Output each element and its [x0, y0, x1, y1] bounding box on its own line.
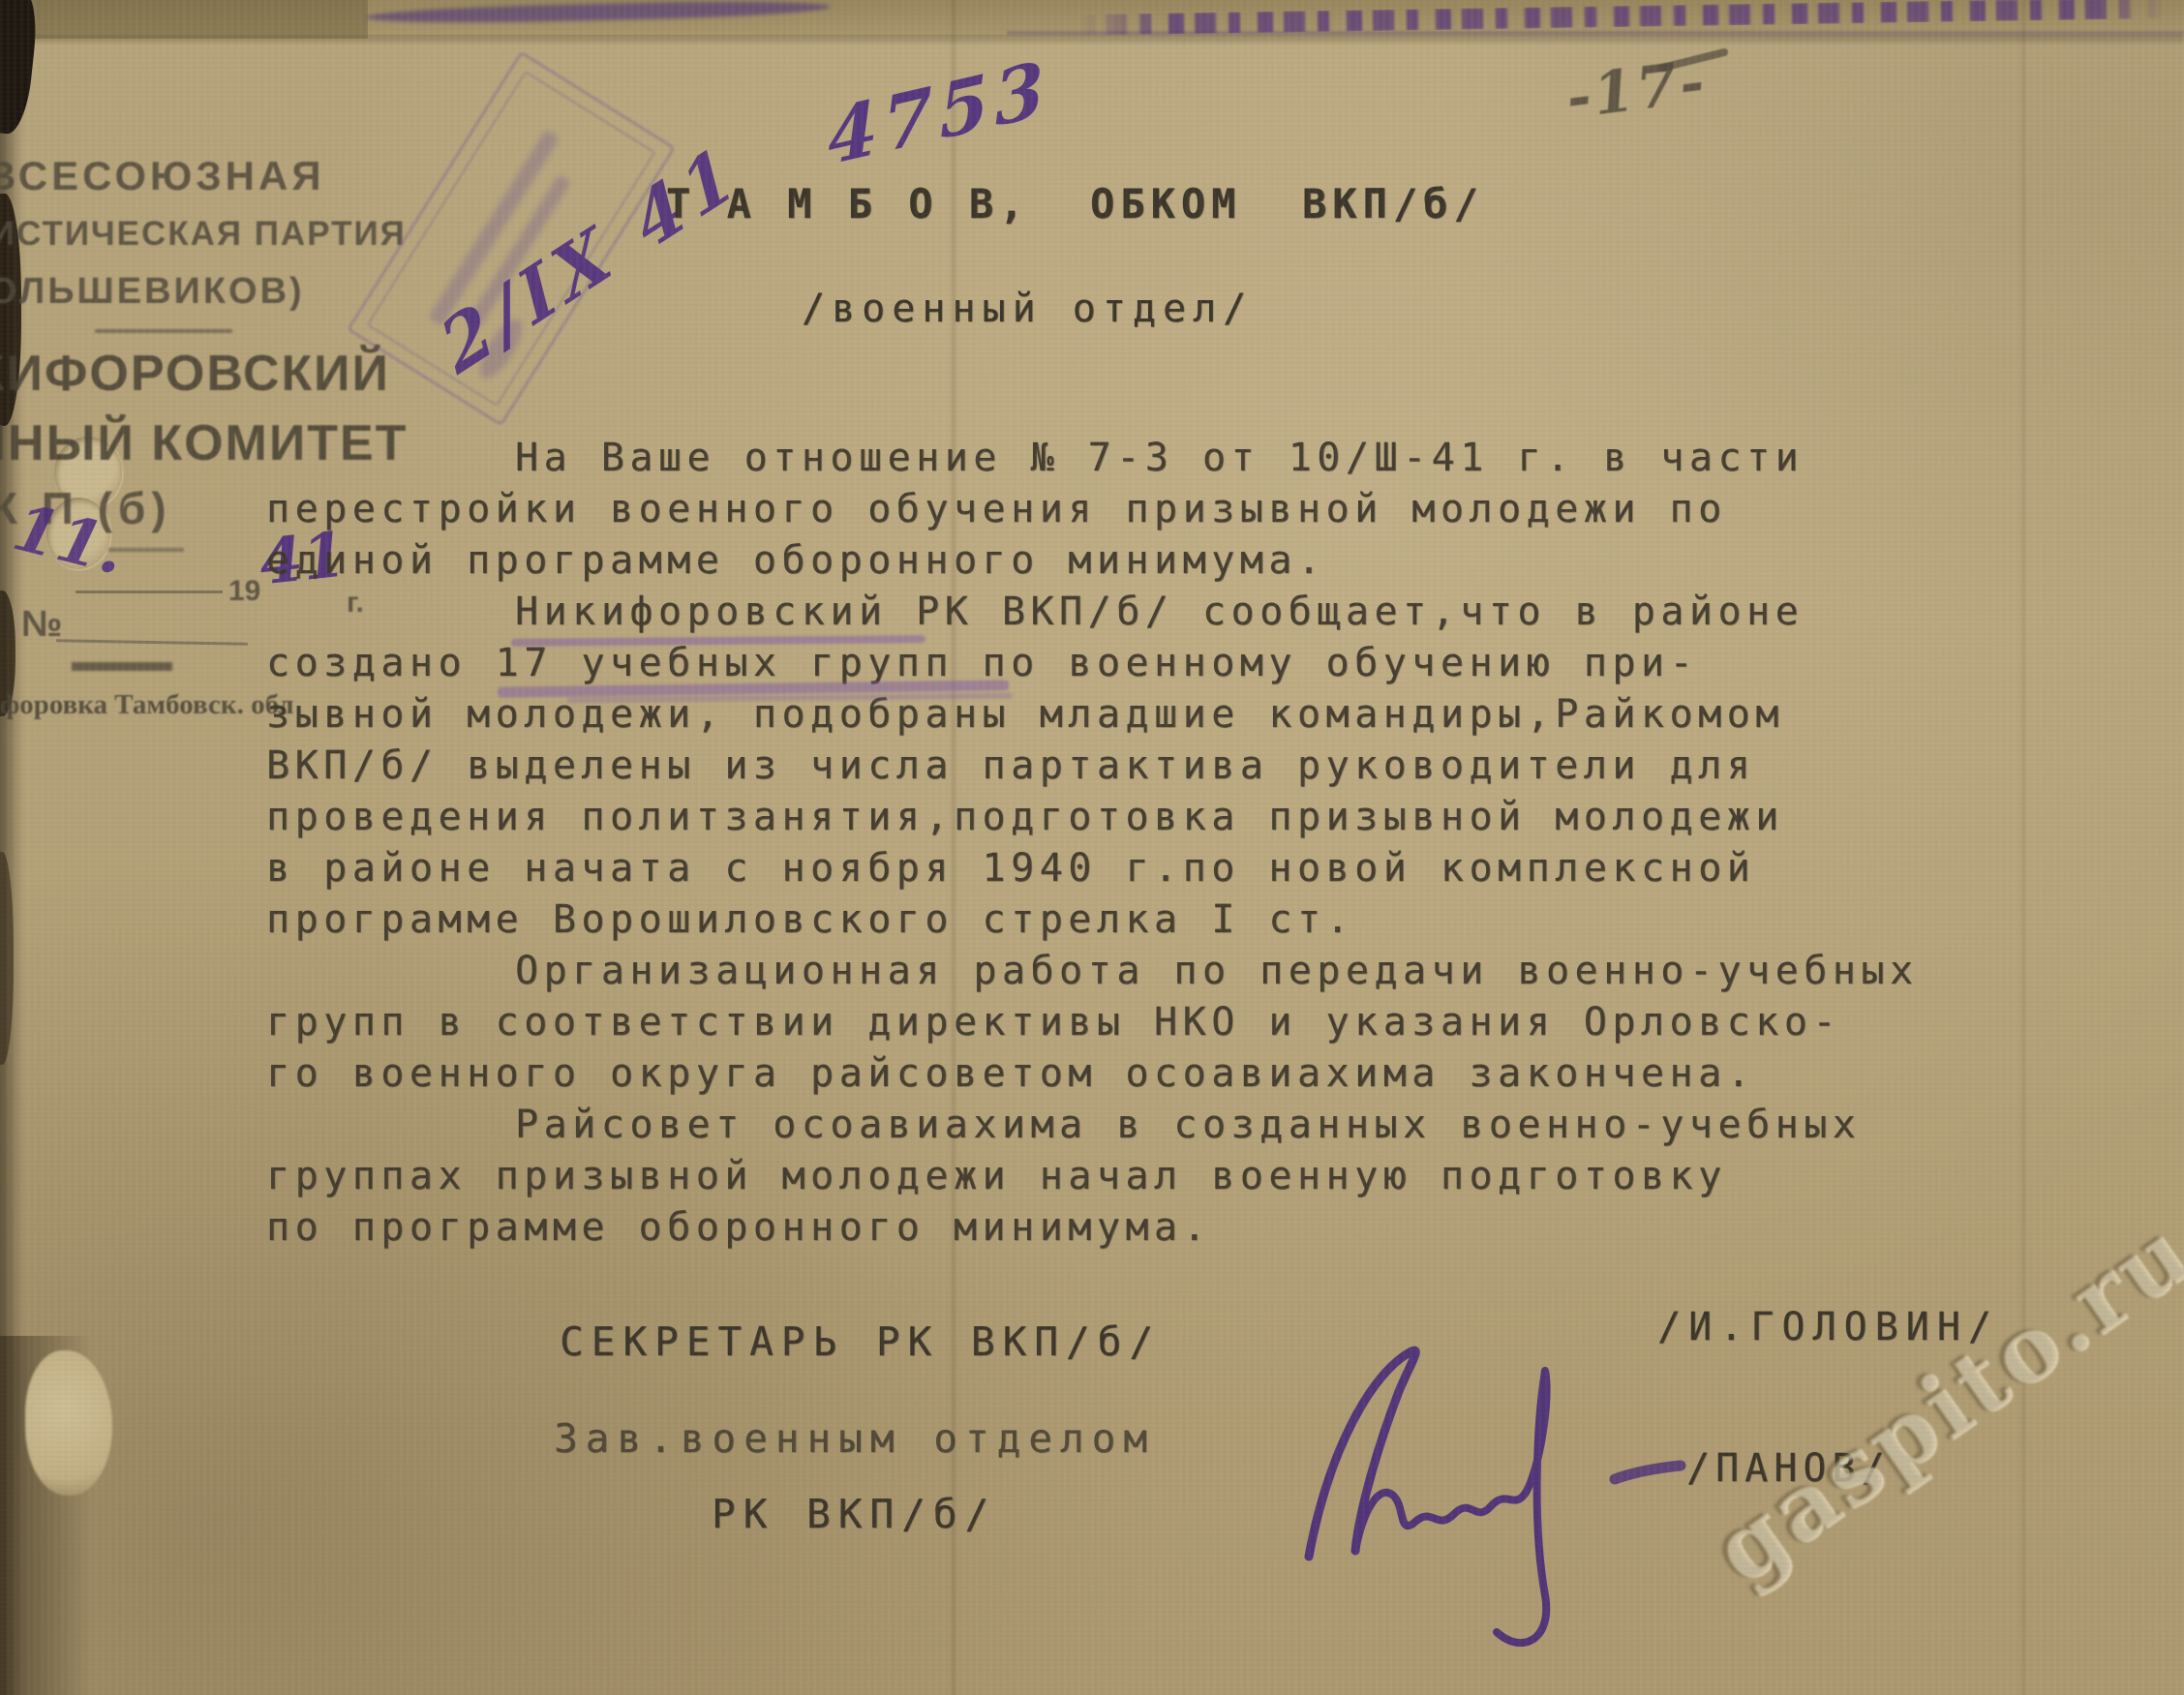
body-line: программе Ворошиловского стрелка I ст. — [266, 897, 1354, 942]
body-line: Организационная работа по передачи военн… — [515, 949, 1919, 993]
body-line: в районе начата с ноября 1940 г.по новой… — [266, 846, 1755, 891]
body-line: создано 17 учебных групп по военному обу… — [266, 641, 1698, 685]
watermark: gaspito.ru — [1693, 1197, 2184, 1605]
body-line: единой программе оборонного минимума. — [266, 538, 1326, 583]
letterhead-address: ст. Никифоровка Тамбовск. обл — [0, 689, 294, 721]
left-edge-blob-1 — [0, 0, 41, 136]
letterhead-committee-line1: НИКИФОРОВСКИЙ — [0, 345, 390, 403]
handwritten-signature — [1278, 1326, 1723, 1675]
letterhead-party-line2: КОММУНИСТИЧЕСКАЯ ПАРТИЯ — [0, 215, 407, 254]
military-head-title-line2: РК ВКП/б/ — [712, 1491, 996, 1537]
letterhead-date-printed: 19 — [228, 575, 260, 608]
secretary-title: СЕКРЕТАРЬ РК ВКП/б/ — [560, 1318, 1161, 1365]
horizontal-crease — [0, 39, 2184, 45]
body-line: проведения политзанятия,подготовка призы… — [266, 795, 1784, 839]
body-line: группах призывной молодежи начал военную… — [266, 1154, 1727, 1198]
top-left-darker-strip — [0, 0, 368, 39]
body-line: по программе оборонного минимума. — [266, 1205, 1211, 1250]
bottom-left-torn-paper — [25, 1350, 112, 1496]
scanned-document-page: ВСЕСОЮЗНАЯ КОММУНИСТИЧЕСКАЯ ПАРТИЯ (БОЛЬ… — [0, 0, 2184, 1695]
body-line: Райсовет осоавиахима в созданных военно-… — [515, 1103, 1861, 1147]
body-line: Никифоровский РК ВКП/б/ сообщает,что в р… — [515, 590, 1804, 634]
handwritten-registration-number: 4753 — [826, 44, 1052, 182]
body-line: ВКП/б/ выделены из числа партактива руко… — [266, 743, 1755, 788]
letterhead-party-line3: (БОЛЬШЕВИКОВ) — [0, 271, 305, 313]
body-line: перестройки военного обучения призывной … — [266, 487, 1727, 531]
letterhead-party-line1: ВСЕСОЮЗНАЯ — [0, 153, 325, 199]
body-line: зывной молодежи, подобраны младшие коман… — [266, 692, 1784, 737]
military-head-title-line1: Зав.военным отделом — [554, 1415, 1155, 1462]
recipient-city-line: Т А М Б О В, ОБКОМ ВКП/б/ — [666, 180, 1484, 227]
letterhead-committee-line2: РАЙОННЫЙ КОМИТЕТ — [0, 414, 408, 472]
recipient-department-line: /военный отдел/ — [802, 287, 1253, 331]
letterhead-number-line — [56, 639, 248, 645]
body-line: го военного округа райсоветом осоавиахим… — [266, 1051, 1755, 1096]
letterhead-divider-3 — [72, 662, 172, 671]
body-line: групп в соответствии директивы НКО и ука… — [266, 1000, 1841, 1044]
body-line: На Ваше отношение № 7-3 от 10/Ш-41 г. в … — [515, 436, 1804, 480]
letterhead-divider-1 — [95, 329, 232, 333]
top-right-faint-underline — [1007, 31, 2184, 35]
vertical-crease-right — [2018, 0, 2028, 1695]
letterhead-date-suffix: г. — [347, 587, 364, 620]
letterhead-date-line — [76, 590, 223, 593]
